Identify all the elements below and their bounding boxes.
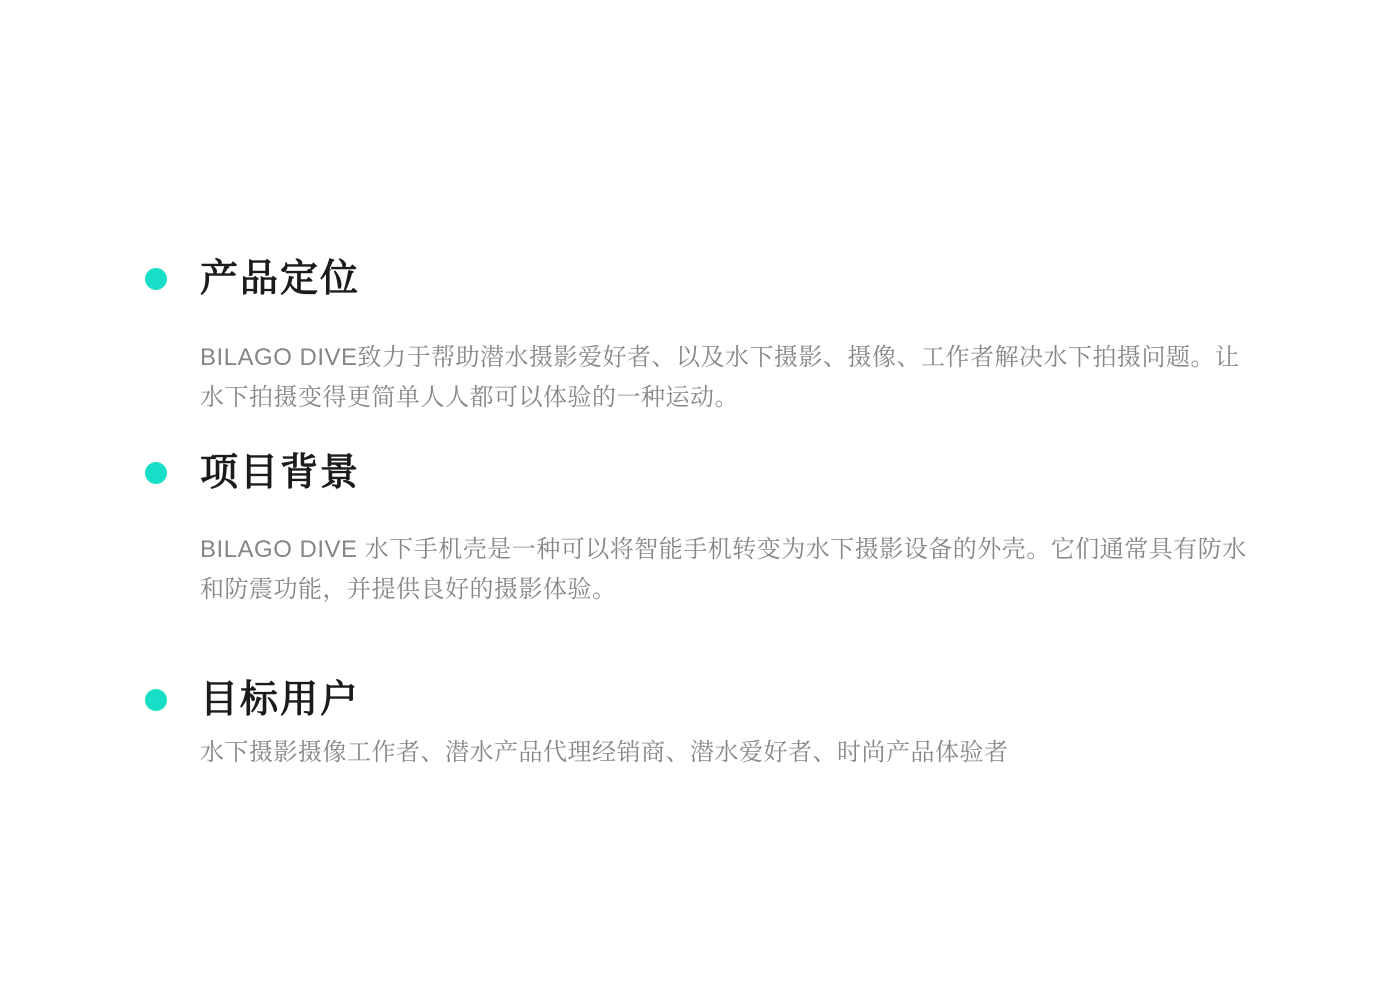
page: 产品定位 BILAGO DIVE致力于帮助潜水摄影爱好者、以及水下摄影、摄像、工… <box>0 0 1400 998</box>
section-target-users: 目标用户 水下摄影摄像工作者、潜水产品代理经销商、潜水爱好者、时尚产品体验者 <box>0 610 1400 773</box>
section-title: 目标用户 <box>200 681 360 719</box>
bullet-dot-icon <box>145 462 167 484</box>
section-product-positioning: 产品定位 BILAGO DIVE致力于帮助潜水摄影爱好者、以及水下摄影、摄像、工… <box>0 0 1400 418</box>
section-project-background: 项目背景 BILAGO DIVE 水下手机壳是一种可以将智能手机转变为水下摄影设… <box>0 418 1400 610</box>
bullet-dot-icon <box>145 689 167 711</box>
section-title: 产品定位 <box>200 260 360 298</box>
section-paragraph: 水下摄影摄像工作者、潜水产品代理经销商、潜水爱好者、时尚产品体验者 <box>200 733 1262 773</box>
bullet-dot-icon <box>145 268 167 290</box>
section-header: 产品定位 <box>145 0 1400 298</box>
section-header: 目标用户 <box>145 610 1400 719</box>
section-header: 项目背景 <box>145 418 1400 492</box>
section-paragraph: BILAGO DIVE致力于帮助潜水摄影爱好者、以及水下摄影、摄像、工作者解决水… <box>200 338 1262 418</box>
section-title: 项目背景 <box>200 454 360 492</box>
section-paragraph: BILAGO DIVE 水下手机壳是一种可以将智能手机转变为水下摄影设备的外壳。… <box>200 530 1262 610</box>
